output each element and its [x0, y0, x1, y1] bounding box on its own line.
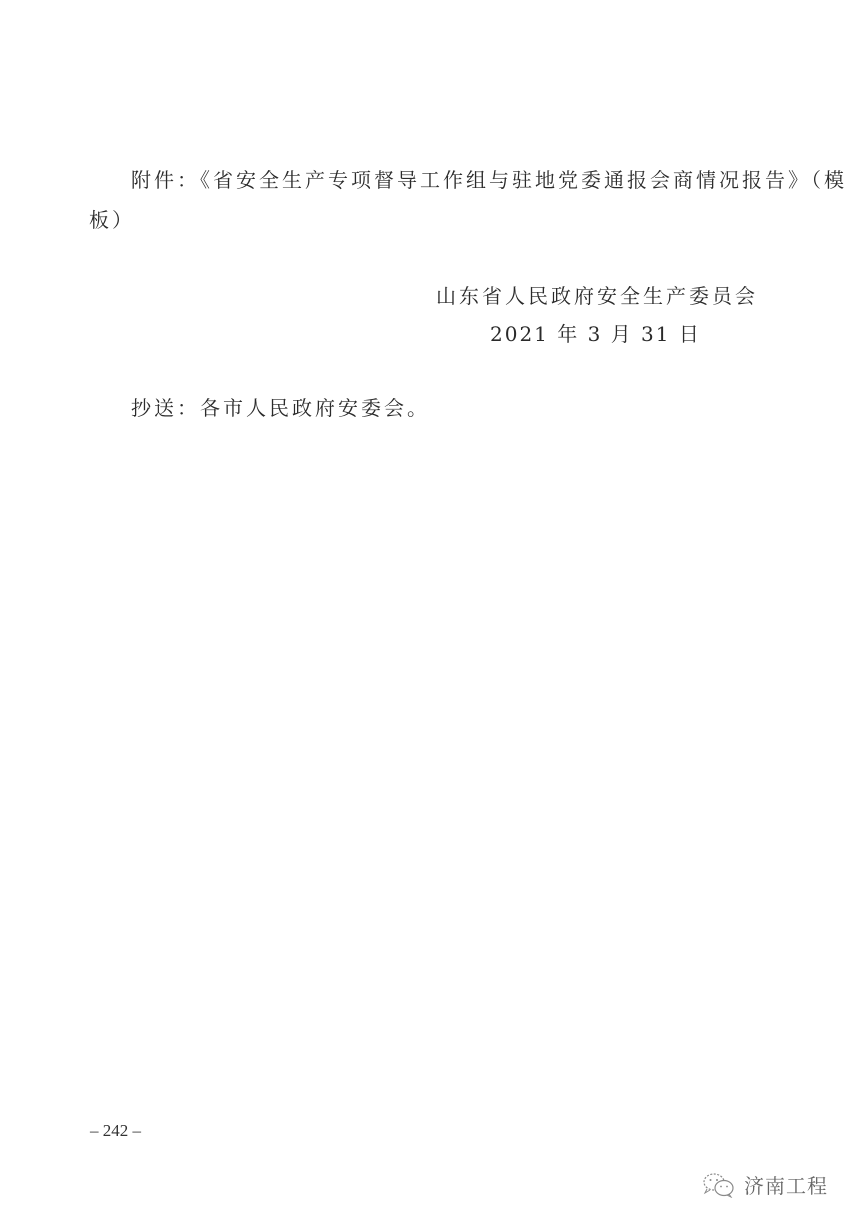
document-page: 附件：《省安全生产专项督导工作组与驻地党委通报会商情况报告》（模 板） 山东省人…: [0, 0, 856, 1225]
page-number: – 242 –: [90, 1121, 141, 1141]
signature-organization: 山东省人民政府安全生产委员会: [436, 276, 758, 316]
watermark: 济南工程: [702, 1170, 828, 1199]
cc-line: 抄送：各市人民政府安委会。: [131, 388, 430, 428]
attachment-line-continued: 板）: [89, 200, 135, 240]
watermark-text: 济南工程: [744, 1170, 828, 1199]
attachment-line: 附件：《省安全生产专项督导工作组与驻地党委通报会商情况报告》（模: [131, 160, 847, 200]
wechat-icon: [702, 1172, 736, 1198]
signature-date: 2021 年 3 月 31 日: [490, 314, 701, 354]
